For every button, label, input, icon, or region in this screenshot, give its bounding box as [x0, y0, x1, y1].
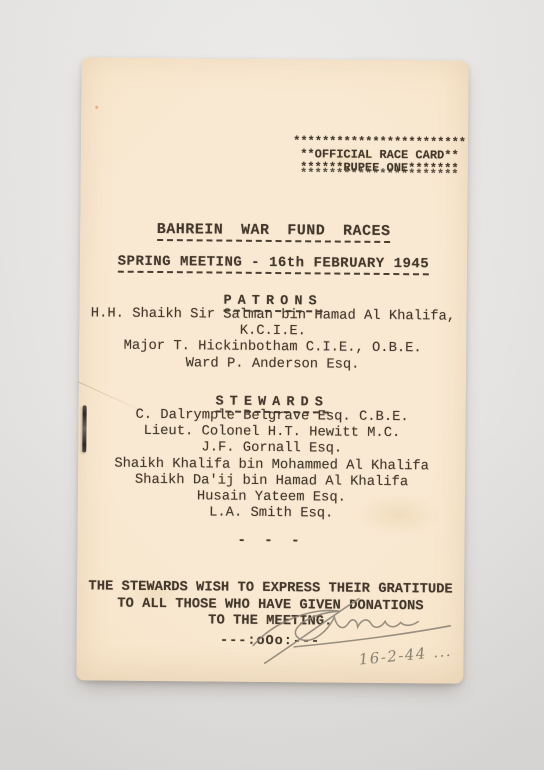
race-card: ************************ **OFFICIAL RACE… — [76, 57, 468, 683]
section-divider: - - - — [237, 533, 304, 550]
signature-flourish-icon — [244, 595, 465, 675]
page-title: BAHREIN WAR FUND RACES — [157, 221, 391, 243]
handwritten-signature — [244, 595, 465, 675]
steward-line: Shaikh Da'ij bin Hamad Al Khalifa — [78, 472, 465, 492]
patron-line: Ward P. Anderson Esq. — [79, 355, 466, 375]
patrons-list: H.H. Shaikh Sir Salman bin Hamad Al Khal… — [79, 306, 467, 374]
stamp-border-bottom: ********************** — [293, 167, 466, 182]
steward-line: L.A. Smith Esq. — [78, 505, 465, 525]
official-race-card-stamp: ************************ **OFFICIAL RACE… — [293, 135, 466, 182]
meeting-subtitle: SPRING MEETING - 16th FEBRUARY 1945 — [118, 254, 430, 276]
stewards-list: C. Dalrymple Belgrave Esq. C.B.E. Lieut.… — [78, 407, 466, 524]
patron-line: Major T. Hickinbotham C.I.E., O.B.E. — [79, 339, 466, 359]
